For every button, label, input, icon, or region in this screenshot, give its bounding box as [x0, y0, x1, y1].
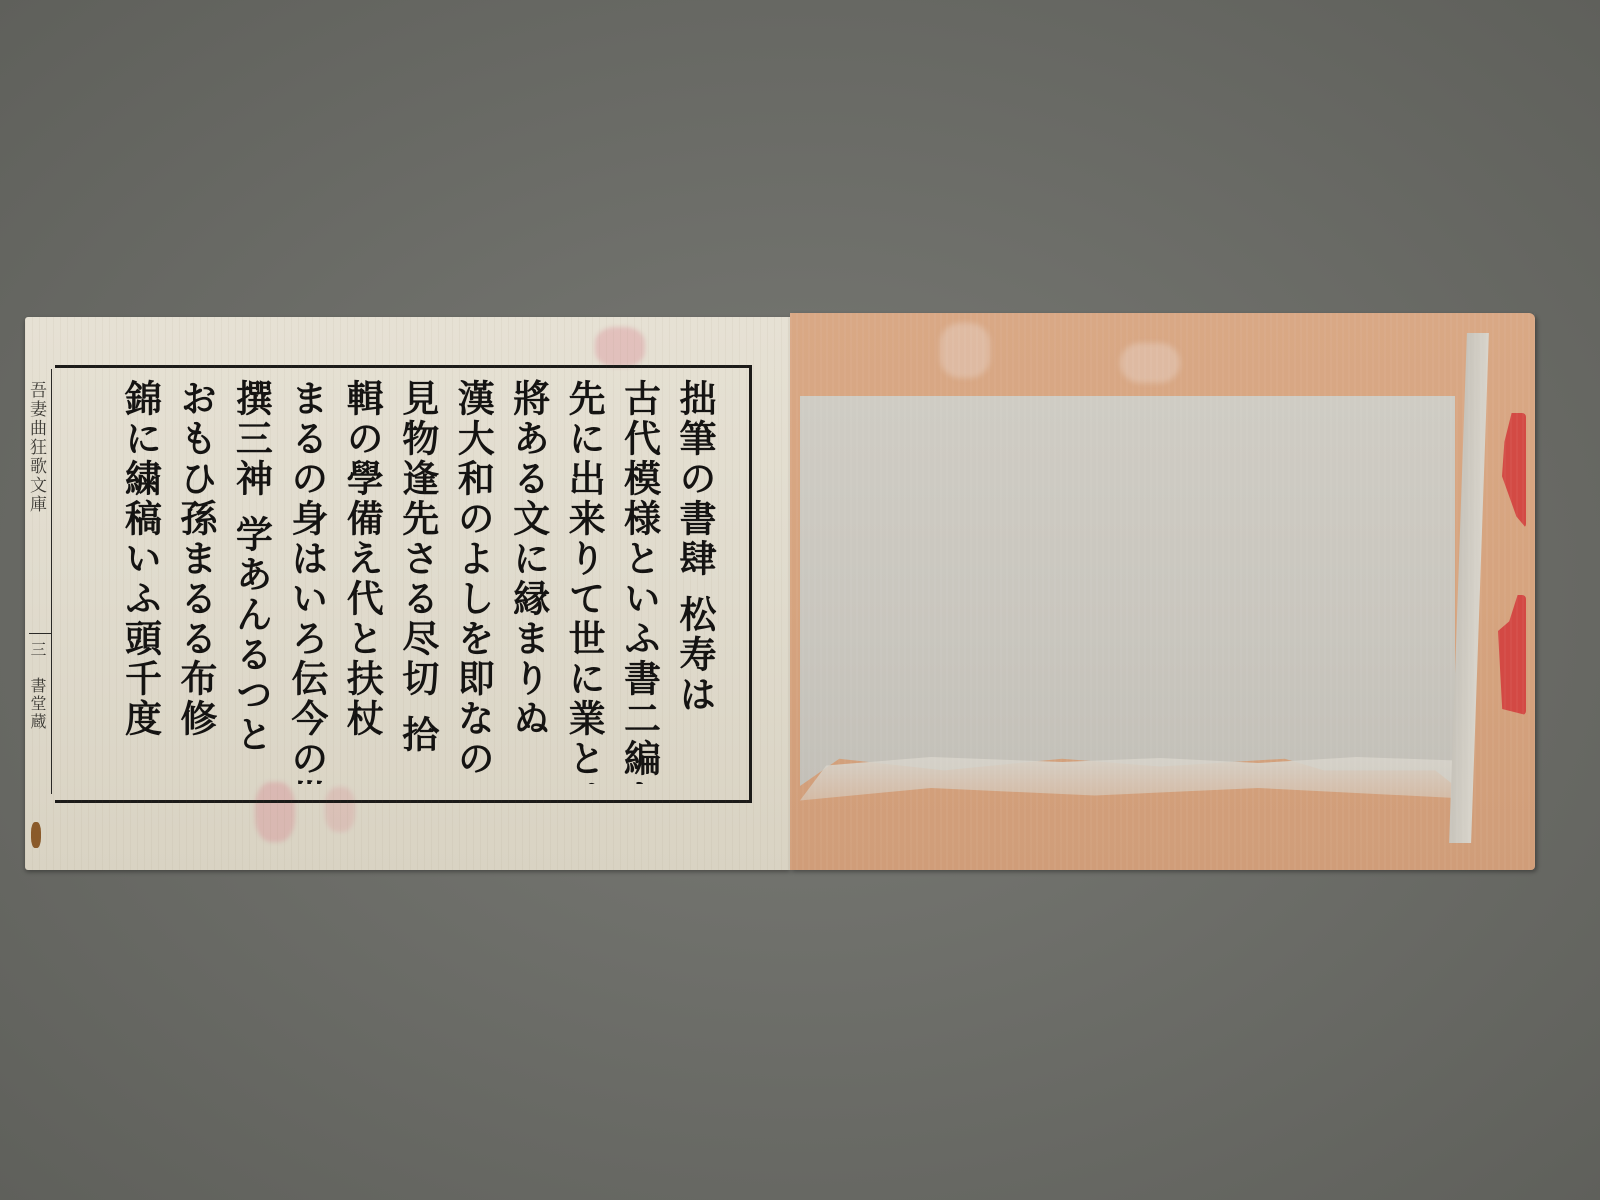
text-column-8: まるの身はいろ伝今の世の	[281, 379, 336, 784]
folded-cover-edge	[1449, 333, 1489, 843]
text-column-10: おもひ孫まるる布修	[170, 379, 225, 784]
text-column-4: 將ある文に縁まりぬ	[503, 379, 558, 784]
inside-back-cover	[790, 313, 1535, 870]
stain-spot	[31, 822, 41, 848]
faded-seal-top	[595, 327, 645, 367]
left-page: 吾妻曲狂歌文庫 三 書堂蔵 拙筆の書肆 松寿は 古代模様といふ書二編を 先に出来…	[25, 317, 790, 870]
text-column-5: 漢大和のよしを即なの	[448, 379, 503, 784]
text-column-1: 拙筆の書肆 松寿は	[670, 379, 725, 784]
text-column-9: 撰三神 学あんるつと	[226, 379, 281, 784]
torn-endpaper-edge	[800, 753, 1455, 803]
text-column-2: 古代模様といふ書二編を	[614, 379, 669, 784]
text-column-3: 先に出来りて世に業とせ	[559, 379, 614, 784]
faded-patch	[940, 323, 990, 378]
margin-divider	[29, 633, 51, 634]
red-title-slip-remnant-top	[1502, 413, 1526, 528]
red-title-slip-remnant-bottom	[1498, 595, 1526, 715]
text-block: 拙筆の書肆 松寿は 古代模様といふ書二編を 先に出来りて世に業とせ 將ある文に縁…	[115, 379, 725, 784]
text-column-6: 見物逢先さる尽切 拾	[392, 379, 447, 784]
faded-patch-2	[1120, 343, 1180, 383]
book-title: 吾妻曲狂歌文庫	[31, 381, 49, 514]
page-margin-column: 吾妻曲狂歌文庫 三 書堂蔵	[29, 369, 52, 794]
page-number: 三 書堂蔵	[31, 641, 49, 731]
endpaper	[800, 396, 1455, 786]
text-column-7: 輯の學備え代と扶杖	[337, 379, 392, 784]
text-column-11: 錦に繍稿いふ頭千度	[115, 379, 170, 784]
